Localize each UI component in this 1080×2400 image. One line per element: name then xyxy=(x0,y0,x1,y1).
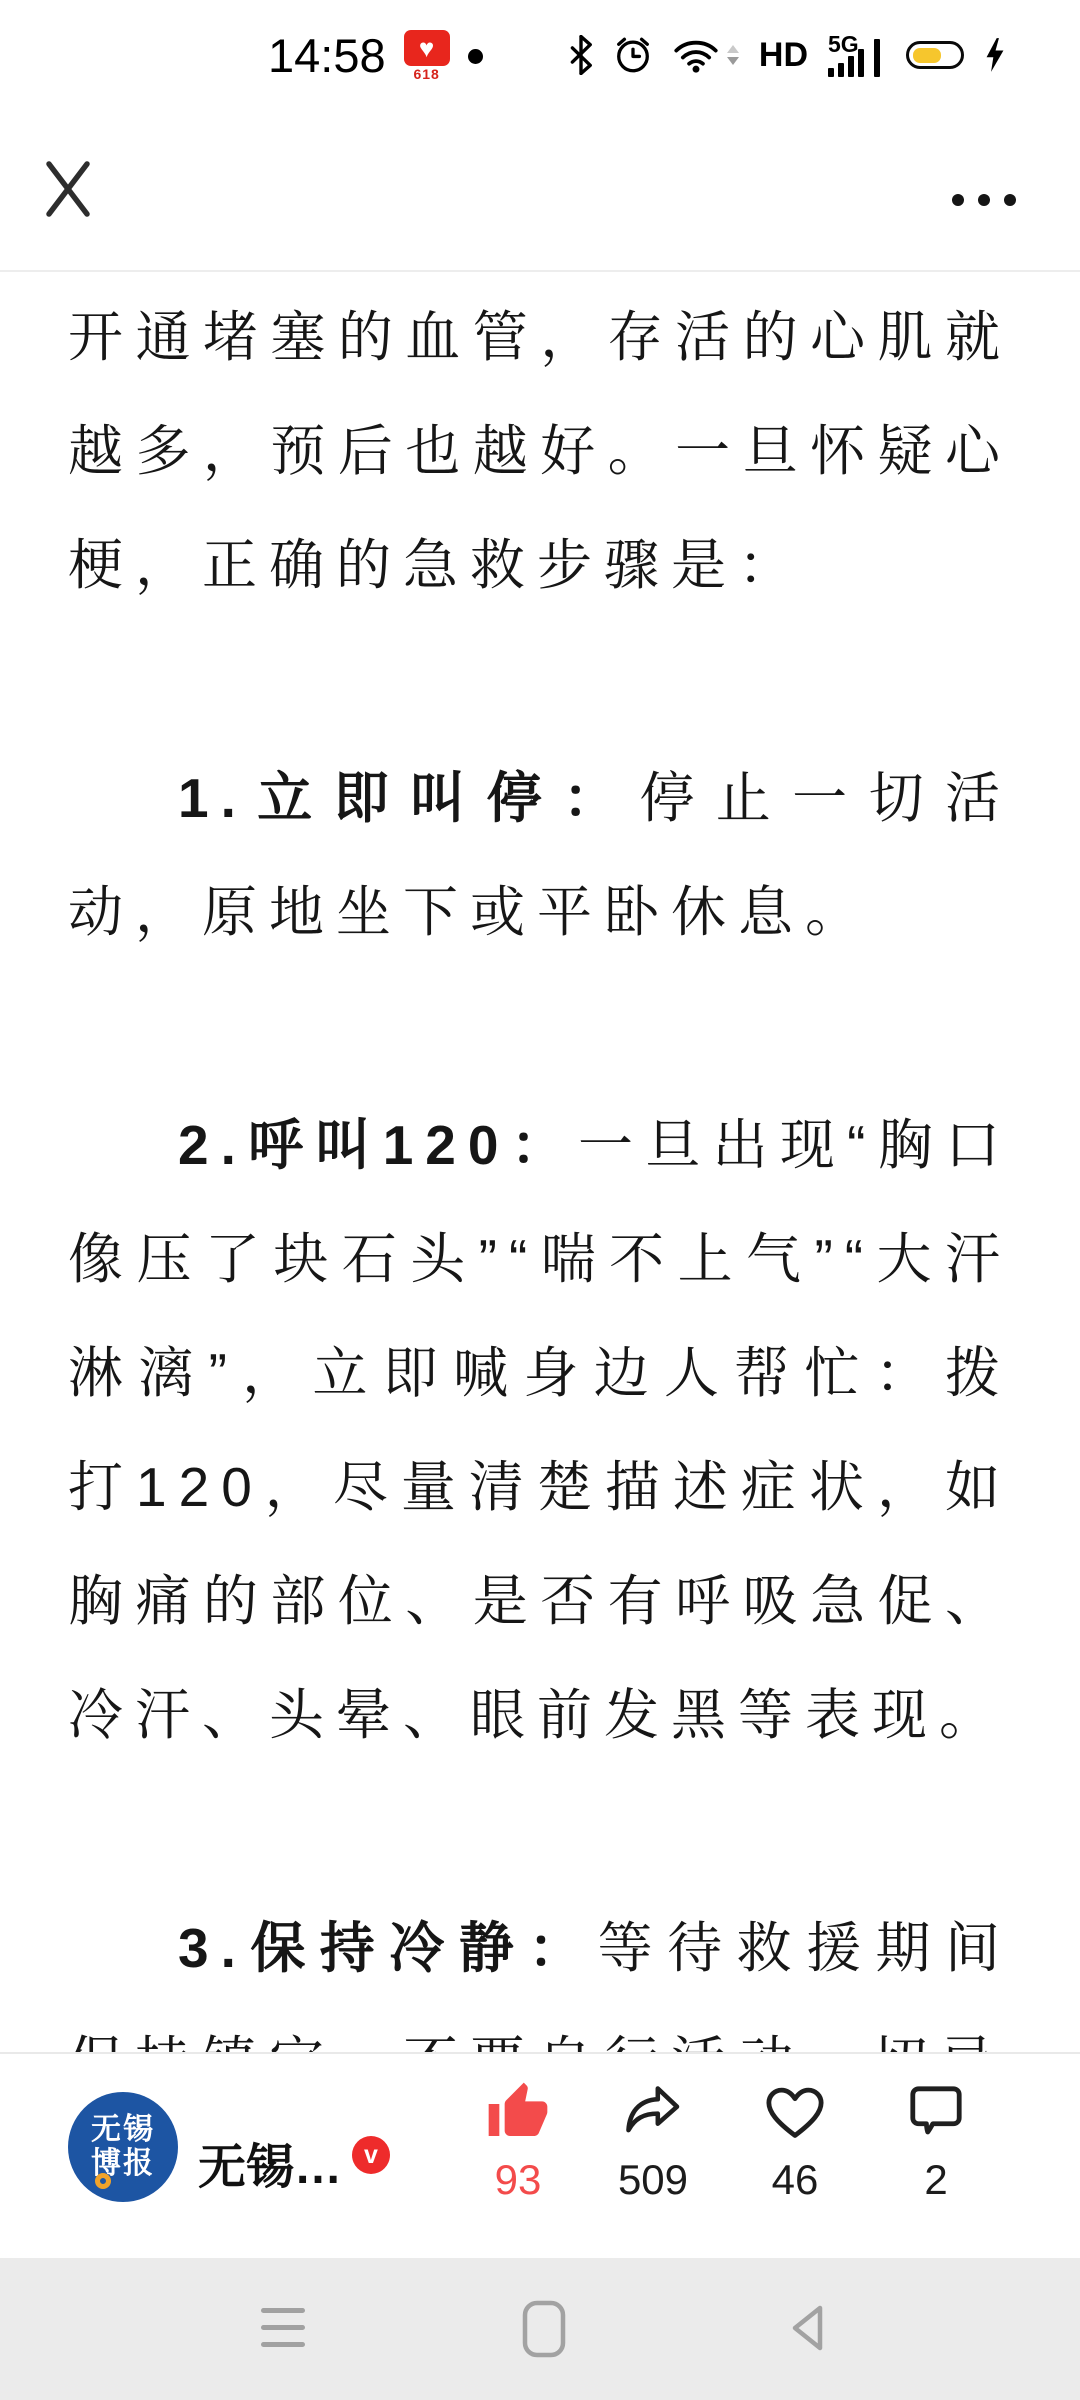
back-icon[interactable] xyxy=(787,2302,827,2354)
comment-button[interactable]: 2 xyxy=(876,2080,996,2204)
status-left-cluster: 14:58 ♥ 618 xyxy=(268,0,483,110)
comment-count: 2 xyxy=(876,2156,996,2204)
notification-dot-icon xyxy=(468,49,483,64)
more-menu-icon[interactable] xyxy=(952,194,1016,206)
battery-icon xyxy=(906,41,964,69)
wifi-icon xyxy=(673,37,719,74)
comment-bubble-icon xyxy=(904,2080,968,2144)
promo-618-label: 618 xyxy=(404,66,450,82)
avatar-text-line1: 无锡 xyxy=(91,2113,155,2147)
home-icon[interactable] xyxy=(522,2300,566,2358)
recents-menu-icon[interactable] xyxy=(261,2308,305,2347)
system-nav-bar xyxy=(0,2258,1080,2400)
hd-volte-icon: HD xyxy=(759,36,808,75)
clock-time: 14:58 xyxy=(268,28,386,83)
charging-bolt-icon xyxy=(984,37,1006,73)
like-button[interactable]: 93 xyxy=(458,2080,578,2204)
share-button[interactable]: 509 xyxy=(593,2080,713,2204)
share-arrow-icon xyxy=(621,2080,685,2144)
heart-outline-icon xyxy=(763,2080,827,2144)
wifi-traffic-arrows-icon xyxy=(727,45,739,65)
status-bar: 14:58 ♥ 618 HD xyxy=(0,0,1080,110)
like-count: 93 xyxy=(458,2156,578,2204)
favorite-count: 46 xyxy=(735,2156,855,2204)
heart-618-icon: ♥ xyxy=(404,30,450,66)
bluetooth-icon xyxy=(569,35,593,75)
screen: 14:58 ♥ 618 HD xyxy=(0,0,1080,2400)
paragraph-step-2: 2.呼叫120：一旦出现“胸口像压了块石头”“喘不上气”“大汗淋漓”，立即喊身边… xyxy=(68,1088,1012,1772)
thumbs-up-icon xyxy=(486,2080,550,2144)
share-count: 509 xyxy=(593,2156,713,2204)
account-avatar[interactable]: 无锡 博报 xyxy=(68,2092,178,2202)
promo-618-notification-icon: ♥ 618 xyxy=(404,30,450,86)
verified-badge-icon: v xyxy=(352,2136,390,2174)
paragraph-step-3: 3.保持冷静：等待救援期间保持镇定，不要自行活动，切忌 xyxy=(68,1891,1012,2052)
engagement-bar: 无锡 博报 无锡… v 93 509 46 xyxy=(0,2052,1080,2258)
article-header xyxy=(0,110,1080,272)
close-icon[interactable] xyxy=(45,160,91,218)
avatar-ring-dot-icon xyxy=(95,2173,111,2189)
paragraph-step-1: 1.立即叫停：停止一切活动，原地坐下或平卧休息。 xyxy=(68,741,1012,969)
account-name[interactable]: 无锡… xyxy=(198,2128,342,2197)
article-body: 开通堵塞的血管，存活的心肌就越多，预后也越好。一旦怀疑心梗，正确的急救步骤是： … xyxy=(0,274,1080,2052)
alarm-clock-icon xyxy=(613,35,653,75)
favorite-button[interactable]: 46 xyxy=(735,2080,855,2204)
paragraph-intro: 开通堵塞的血管，存活的心肌就越多，预后也越好。一旦怀疑心梗，正确的急救步骤是： xyxy=(68,280,1012,622)
status-right-cluster: HD 5G xyxy=(569,0,1006,110)
signal-5g-icon: 5G xyxy=(828,31,886,79)
signal-bars-icon xyxy=(828,39,880,77)
